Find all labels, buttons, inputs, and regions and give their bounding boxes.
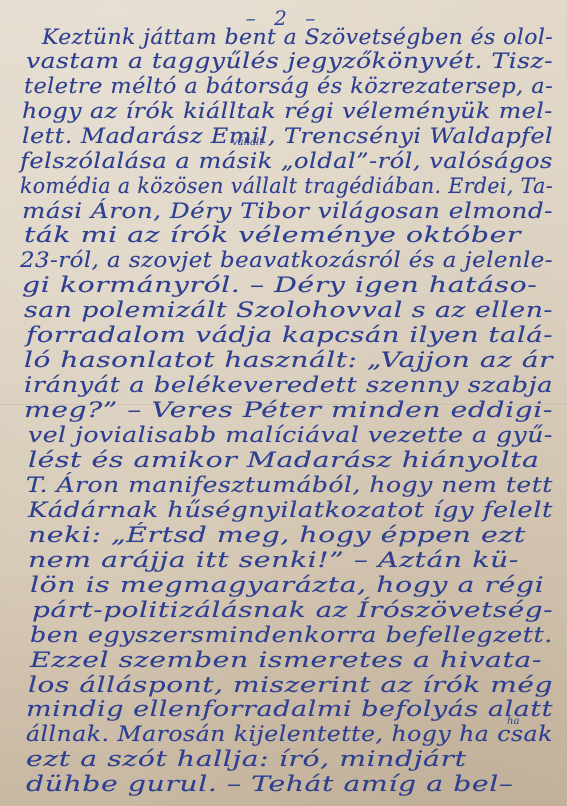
handwritten-line-text: dühbe gurul. – Tehát amíg a bel– <box>26 767 514 801</box>
interlinear-insertion: ha <box>507 716 519 727</box>
interlinear-insertion: vállalt <box>232 137 263 148</box>
handwritten-line: dühbe gurul. – Tehát amíg a bel– <box>0 767 567 801</box>
